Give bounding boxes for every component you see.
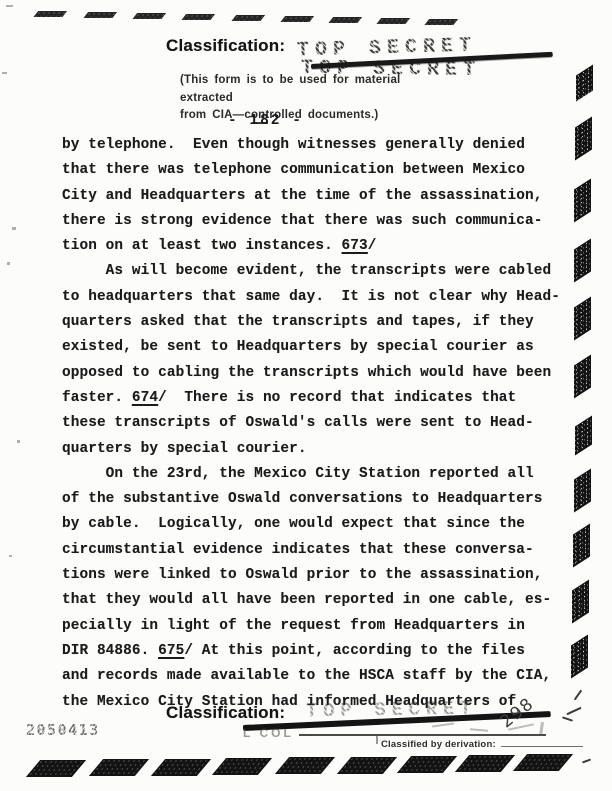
stamp-remnant-mark (432, 722, 454, 727)
stamp-remnant-mark (470, 728, 488, 732)
typed-text-line: to headquarters that same day. It is not… (62, 285, 562, 310)
typed-text-line: City and Headquarters at the time of the… (62, 184, 562, 209)
film-sprocket-mark (575, 116, 592, 160)
typed-text-line: that they would all have been reported i… (62, 588, 562, 613)
film-sprocket-mark (232, 15, 265, 21)
film-sprocket-mark (513, 754, 573, 771)
film-sprocket-mark (377, 18, 410, 24)
film-sprocket-mark (574, 238, 591, 282)
film-sprocket-mark (329, 17, 362, 23)
typed-text-line: As will become evident, the transcripts … (62, 259, 562, 284)
document-body: by telephone. Even though witnesses gene… (62, 133, 562, 715)
scan-speck (2, 72, 7, 74)
scan-speck (7, 262, 10, 265)
stamp-remnant-text: L COL (243, 726, 294, 740)
scanned-document-page: Classification: TOP SECRET TOP SECRET (T… (0, 0, 612, 791)
scan-speck (9, 555, 12, 557)
film-sprocket-mark (575, 415, 592, 455)
film-sprocket-mark (182, 14, 215, 20)
classification-label-bottom: Classification: (166, 703, 285, 723)
typed-text-line: of the substantive Oswald conversations … (62, 487, 562, 512)
typed-text-line: and records made available to the HSCA s… (62, 664, 562, 689)
classified-by-derivation: Classified by derivation: (381, 739, 583, 750)
scan-speck (12, 227, 16, 230)
page-number-scan-strike (252, 122, 268, 124)
form-usage-note-line1: (This form is to be used for material ex… (180, 72, 430, 107)
typed-text-line: existed, be sent to Headquarters by spec… (62, 335, 562, 360)
typed-text-line: that there was telephone communication b… (62, 158, 562, 183)
typed-text-line: pecially in light of the request from He… (62, 614, 562, 639)
film-sprocket-mark (26, 760, 86, 777)
film-sprocket-mark (574, 354, 591, 398)
film-sprocket-mark (574, 296, 591, 340)
film-sprocket-mark (151, 759, 211, 776)
film-sprocket-mark (574, 178, 591, 222)
film-sprocket-mark (576, 64, 593, 101)
pen-scribble (582, 759, 591, 764)
document-number-stamp: 2050413 (26, 721, 100, 739)
film-sprocket-mark (574, 468, 591, 512)
film-sprocket-mark (34, 11, 67, 17)
classification-label-top: Classification: (166, 36, 285, 56)
typed-text-line: opposed to cabling the transcripts which… (62, 361, 562, 386)
form-usage-note-line2: from CIA—controlled documents.) (180, 107, 430, 125)
film-sprocket-mark (281, 16, 314, 22)
film-sprocket-mark (275, 757, 335, 774)
typed-text-line: quarters by special courier. (62, 437, 562, 462)
classification-blank-line (299, 734, 546, 736)
page-number: - 182 - (228, 113, 303, 129)
scan-tick-mark (376, 735, 378, 744)
form-usage-note: (This form is to be used for material ex… (180, 72, 430, 125)
pen-scribble (562, 716, 573, 721)
pen-scribble (566, 707, 581, 716)
film-sprocket-mark (212, 758, 272, 775)
typed-text-line: DIR 84886. 675/ At this point, according… (62, 639, 562, 664)
film-sprocket-mark (397, 756, 457, 773)
typed-text-line: quarters asked that the transcripts and … (62, 310, 562, 335)
typed-text-line: faster. 674/ There is no record that ind… (62, 386, 562, 411)
film-sprocket-mark (425, 19, 458, 25)
film-sprocket-mark (455, 755, 515, 772)
film-sprocket-mark (572, 579, 589, 623)
scan-speck (6, 5, 13, 7)
typed-text-line: these transcripts of Oswald's calls were… (62, 411, 562, 436)
film-sprocket-mark (84, 12, 117, 18)
typed-text-line: by telephone. Even though witnesses gene… (62, 133, 562, 158)
typed-text-line: On the 23rd, the Mexico City Station rep… (62, 462, 562, 487)
film-sprocket-mark (573, 523, 590, 567)
film-sprocket-mark (89, 759, 149, 776)
classified-by-blank-line (501, 746, 583, 747)
film-sprocket-mark (133, 13, 166, 19)
scan-speck (17, 440, 20, 443)
pen-scribble (574, 690, 583, 701)
typed-text-line: circumstantial evidence indicates that t… (62, 538, 562, 563)
typed-text-line: by cable. Logically, one would expect th… (62, 512, 562, 537)
film-sprocket-mark (337, 757, 397, 774)
typed-text-line: tions were linked to Oswald prior to the… (62, 563, 562, 588)
typed-text-line: tion on at least two instances. 673/ (62, 234, 562, 259)
classified-by-derivation-label: Classified by derivation: (381, 739, 496, 750)
film-sprocket-mark (571, 634, 588, 678)
typed-text-line: there is strong evidence that there was … (62, 209, 562, 234)
